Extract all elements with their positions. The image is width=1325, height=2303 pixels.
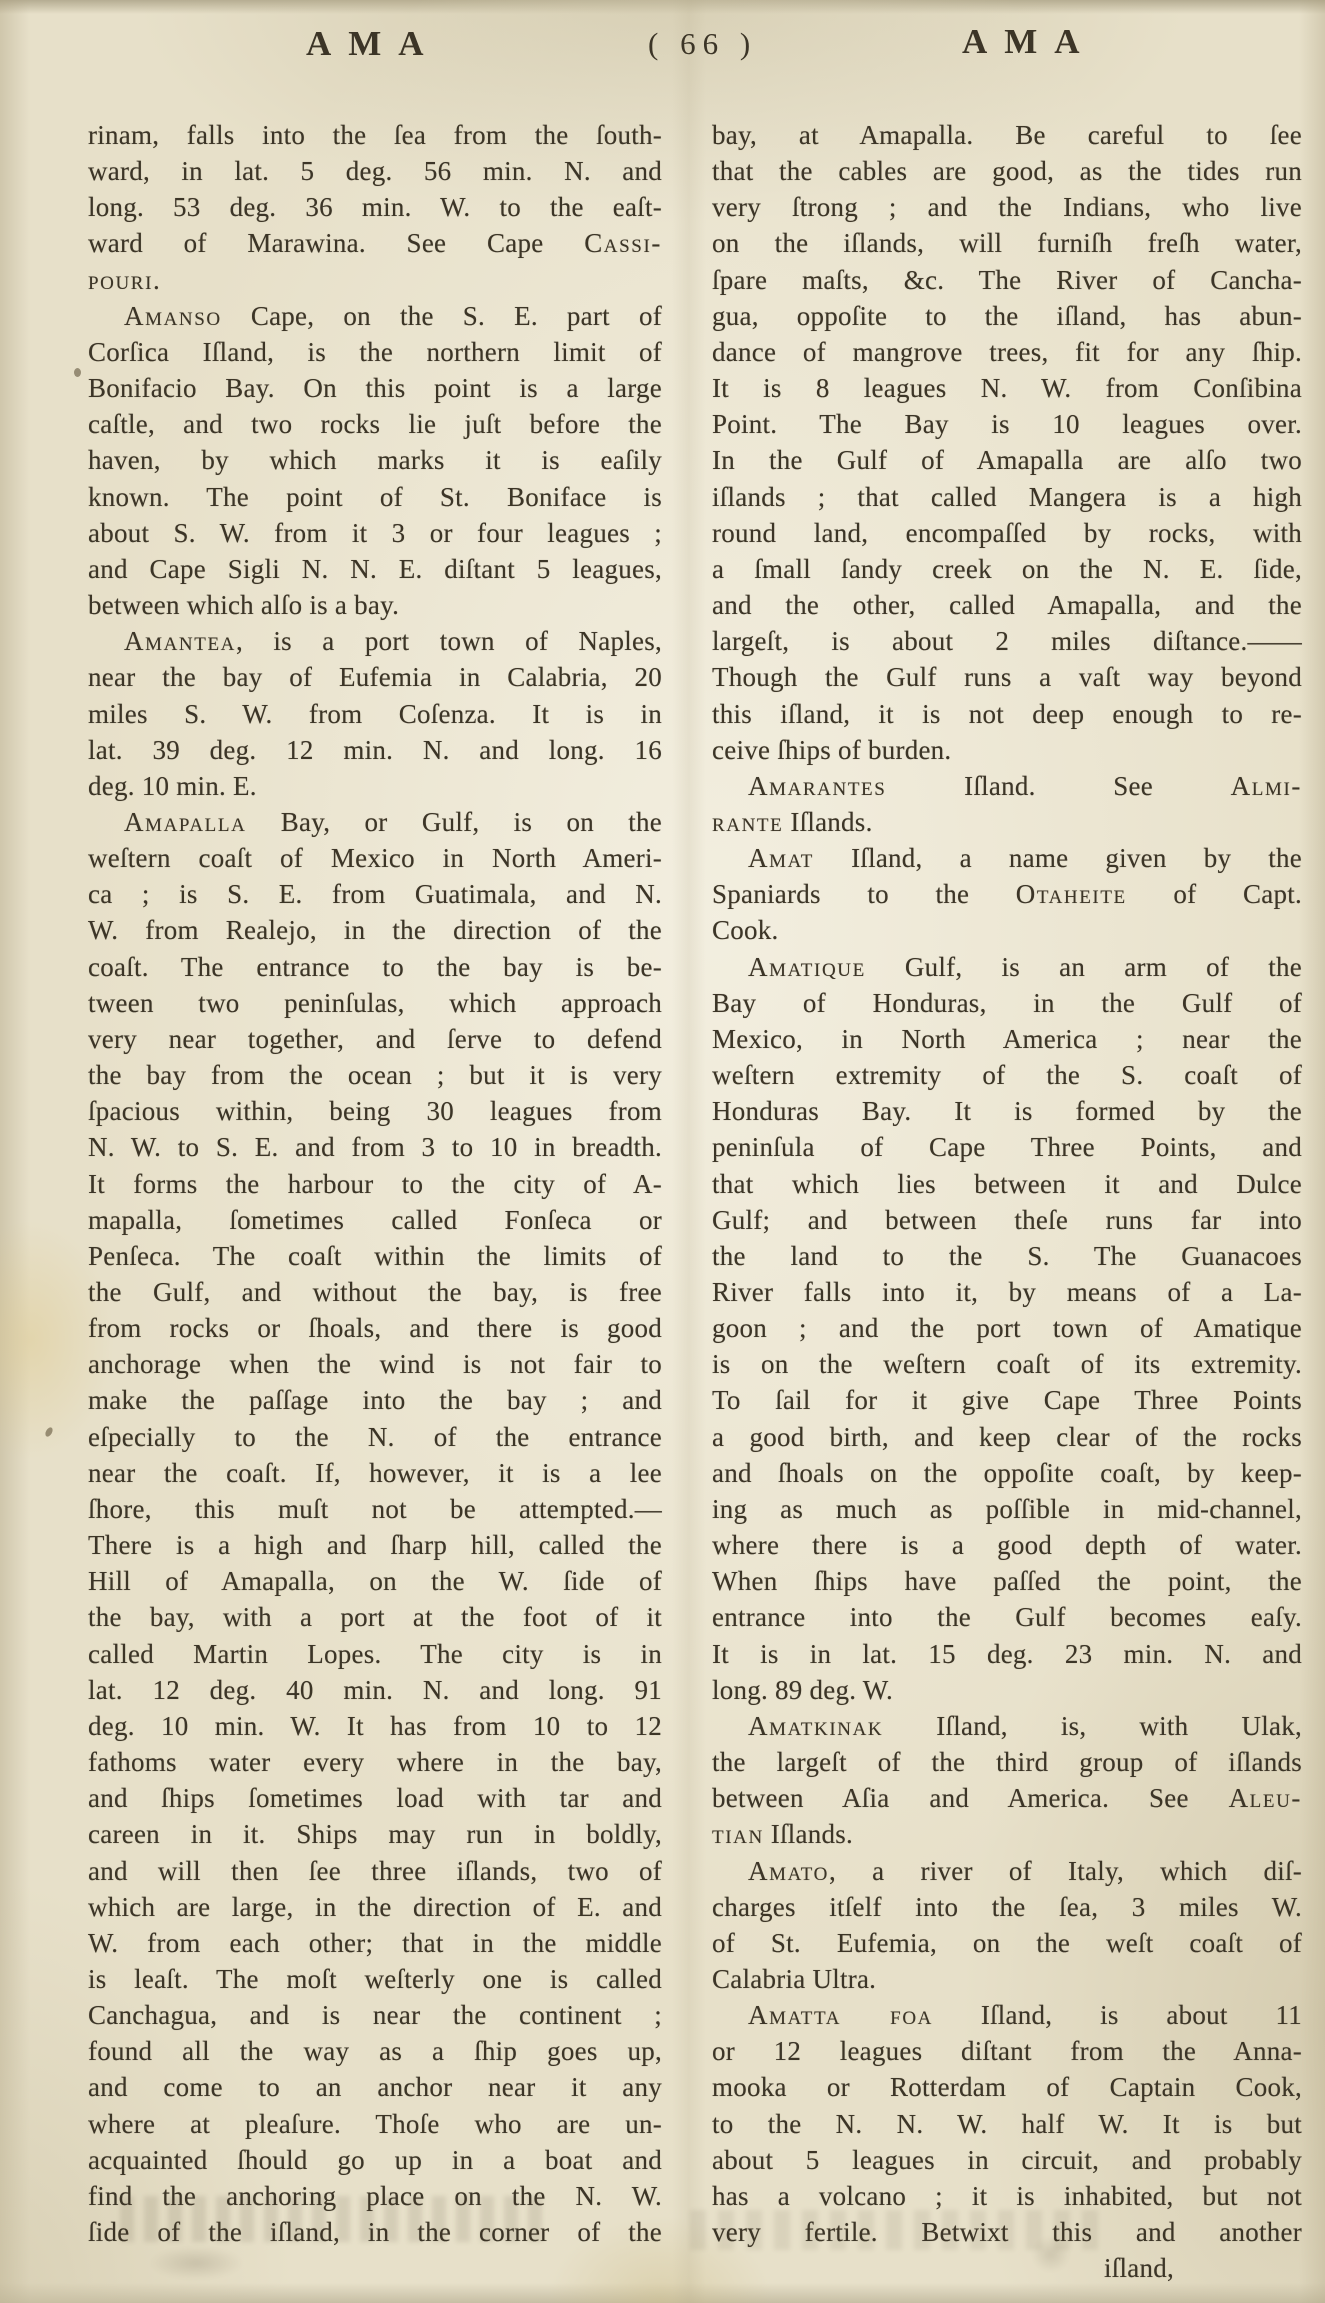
text-line: eſpecially to the N. of the entrance <box>88 1419 662 1455</box>
text-line: dance of mangrove trees, fit for any ſhi… <box>712 334 1302 370</box>
text-line: W. from Realejo, in the direction of the <box>88 912 662 948</box>
text-line: mapalla, ſometimes called Fonſeca or <box>88 1202 662 1238</box>
catchword-line: iſland, <box>712 2250 1302 2286</box>
text-line: iſlands ; that called Mangera is a high <box>712 479 1302 515</box>
text-line: pouri. <box>88 262 662 298</box>
text-line: weſtern extremity of the S. coaſt of <box>712 1057 1302 1093</box>
text-line: ca ; is S. E. from Guatimala, and N. <box>88 876 662 912</box>
text-line: the largeſt of the third group of iſland… <box>712 1744 1302 1780</box>
text-line: near the coaſt. If, however, it is a lee <box>88 1455 662 1491</box>
text-line: called Martin Lopes. The city is in <box>88 1636 662 1672</box>
text-line: and the other, called Amapalla, and the <box>712 587 1302 623</box>
text-line: largeſt, is about 2 miles diſtance.—— <box>712 623 1302 659</box>
text-line: weſtern coaſt of Mexico in North Ameri- <box>88 840 662 876</box>
text-line: Amantea, is a port town of Naples, <box>88 623 662 659</box>
text-line: and Cape Sigli N. N. E. diſtant 5 league… <box>88 551 662 587</box>
text-line: on the iſlands, will furniſh freſh water… <box>712 225 1302 261</box>
text-line: where there is a good depth of water. <box>712 1527 1302 1563</box>
text-line: Honduras Bay. It is formed by the <box>712 1093 1302 1129</box>
headword-smallcaps: Amat <box>748 843 814 873</box>
text-column-right: bay, at Amapalla. Be careful to ſeethat … <box>712 117 1302 2286</box>
text-line: haven, by which marks it is eaſily <box>88 442 662 478</box>
text-line: the bay, with a port at the foot of it <box>88 1599 662 1635</box>
text-line: Amapalla Bay, or Gulf, is on the <box>88 804 662 840</box>
text-line: ing as much as poſſible in mid-channel, <box>712 1491 1302 1527</box>
text-line: ſhore, this muſt not be attempted.— <box>88 1491 662 1527</box>
text-line: has a volcano ; it is inhabited, but not <box>712 2178 1302 2214</box>
text-line: caſtle, and two rocks lie juſt before th… <box>88 406 662 442</box>
text-line: found all the way as a ſhip goes up, <box>88 2033 662 2069</box>
text-line: long. 89 deg. W. <box>712 1672 1302 1708</box>
headword-smallcaps: Amanso <box>124 301 222 331</box>
text-line: entrance into the Gulf becomes eaſy. <box>712 1599 1302 1635</box>
ink-speck <box>44 1426 54 1438</box>
text-line: and will then ſee three iſlands, two of <box>88 1853 662 1889</box>
text-line: of St. Eufemia, on the weſt coaſt of <box>712 1925 1302 1961</box>
text-line: that which lies between it and Dulce <box>712 1166 1302 1202</box>
text-line: rinam, falls into the ſea from the ſouth… <box>88 117 662 153</box>
text-line: this iſland, it is not deep enough to re… <box>712 696 1302 732</box>
text-line: Calabria Ultra. <box>712 1961 1302 1997</box>
text-line: lat. 39 deg. 12 min. N. and long. 16 <box>88 732 662 768</box>
headword-smallcaps: Amapalla <box>124 807 246 837</box>
headword-smallcaps: Amatta foa <box>748 2000 933 2030</box>
text-line: tween two peninſulas, which approach <box>88 985 662 1021</box>
text-line: Amarantes Iſland. See Almi- <box>712 768 1302 804</box>
text-line: goon ; and the port town of Amatique <box>712 1310 1302 1346</box>
text-line: deg. 10 min. E. <box>88 768 662 804</box>
text-line: where at pleaſure. Thoſe who are un- <box>88 2106 662 2142</box>
text-line: Amatta foa Iſland, is about 11 <box>712 1997 1302 2033</box>
text-line: that the cables are good, as the tides r… <box>712 153 1302 189</box>
text-line: Penſeca. The coaſt within the limits of <box>88 1238 662 1274</box>
text-line: the bay from the ocean ; but it is very <box>88 1057 662 1093</box>
text-line: It forms the harbour to the city of A- <box>88 1166 662 1202</box>
text-line: find the anchoring place on the N. W. <box>88 2178 662 2214</box>
text-line: Bonifacio Bay. On this point is a large <box>88 370 662 406</box>
headword-smallcaps: Almi- <box>1231 771 1302 801</box>
headword-smallcaps: tian <box>712 1819 764 1849</box>
text-line: miles S. W. from Coſenza. It is in <box>88 696 662 732</box>
text-line: lat. 12 deg. 40 min. N. and long. 91 <box>88 1672 662 1708</box>
text-line: It is in lat. 15 deg. 23 min. N. and <box>712 1636 1302 1672</box>
headword-smallcaps: Amatique <box>748 952 866 982</box>
headword-smallcaps: Amato <box>748 1856 829 1886</box>
text-line: Amatkinak Iſland, is, with Ulak, <box>712 1708 1302 1744</box>
text-line: make the paſſage into the bay ; and <box>88 1382 662 1418</box>
headword-smallcaps: rante <box>712 807 783 837</box>
text-column-left: rinam, falls into the ſea from the ſouth… <box>88 117 662 2250</box>
ink-speck <box>74 368 81 377</box>
headword-smallcaps: Amatkinak <box>748 1711 883 1741</box>
text-line: about 5 leagues in circuit, and probably <box>712 2142 1302 2178</box>
text-line: acquainted ſhould go up in a boat and <box>88 2142 662 2178</box>
scanned-book-page: AMA ( 66 ) AMA rinam, falls into the ſea… <box>0 0 1325 2303</box>
text-line: ſide of the iſland, in the corner of the <box>88 2214 662 2250</box>
text-line: Hill of Amapalla, on the W. ſide of <box>88 1563 662 1599</box>
text-line: ceive ſhips of burden. <box>712 732 1302 768</box>
text-line: Canchagua, and is near the continent ; <box>88 1997 662 2033</box>
text-line: the Gulf, and without the bay, is free <box>88 1274 662 1310</box>
text-line: Point. The Bay is 10 leagues over. <box>712 406 1302 442</box>
text-line: a ſmall ſandy creek on the N. E. ſide, <box>712 551 1302 587</box>
headword-smallcaps: Amantea <box>124 626 236 656</box>
header-right-title: AMA <box>962 22 1097 62</box>
text-line: peninſula of Cape Three Points, and <box>712 1129 1302 1165</box>
headword-smallcaps: Cassi- <box>584 228 662 258</box>
text-line: between which alſo is a bay. <box>88 587 662 623</box>
text-line: known. The point of St. Boniface is <box>88 479 662 515</box>
text-line: When ſhips have paſſed the point, the <box>712 1563 1302 1599</box>
column-gutter-shadow <box>672 0 706 2303</box>
text-line: long. 53 deg. 36 min. W. to the eaſt- <box>88 189 662 225</box>
text-line: Amanso Cape, on the S. E. part of <box>88 298 662 334</box>
text-line: River falls into it, by means of a La- <box>712 1274 1302 1310</box>
text-line: about S. W. from it 3 or four leagues ; <box>88 515 662 551</box>
text-line: tian Iſlands. <box>712 1816 1302 1852</box>
text-line: mooka or Rotterdam of Captain Cook, <box>712 2069 1302 2105</box>
headword-smallcaps: Amarantes <box>748 771 886 801</box>
text-line: Amato, a river of Italy, which diſ- <box>712 1853 1302 1889</box>
header-left-title: AMA <box>306 24 441 64</box>
text-line: a good birth, and keep clear of the rock… <box>712 1419 1302 1455</box>
text-line: Amatique Gulf, is an arm of the <box>712 949 1302 985</box>
headword-smallcaps: Aleu- <box>1229 1783 1302 1813</box>
text-line: ſpare maſts, &c. The River of Cancha- <box>712 262 1302 298</box>
text-line: Though the Gulf runs a vaſt way beyond <box>712 659 1302 695</box>
text-line: anchorage when the wind is not fair to <box>88 1346 662 1382</box>
text-line: gua, oppoſite to the iſland, has abun- <box>712 298 1302 334</box>
text-line: is on the weſtern coaſt of its extremity… <box>712 1346 1302 1382</box>
text-line: To ſail for it give Cape Three Points <box>712 1382 1302 1418</box>
text-line: ward of Marawina. See Cape Cassi- <box>88 225 662 261</box>
text-line: Corſica Iſland, is the northern limit of <box>88 334 662 370</box>
text-line: Spaniards to the Otaheite of Capt. <box>712 876 1302 912</box>
text-line: In the Gulf of Amapalla are alſo two <box>712 442 1302 478</box>
text-line: near the bay of Eufemia in Calabria, 20 <box>88 659 662 695</box>
text-line: N. W. to S. E. and from 3 to 10 in bread… <box>88 1129 662 1165</box>
text-line: to the N. N. W. half W. It is but <box>712 2106 1302 2142</box>
text-line: It is 8 leagues N. W. from Conſibina <box>712 370 1302 406</box>
page-number: ( 66 ) <box>648 26 757 62</box>
running-header: AMA ( 66 ) AMA <box>0 22 1325 72</box>
text-line: between Aſia and America. See Aleu- <box>712 1780 1302 1816</box>
text-line: very fertile. Betwixt this and another <box>712 2214 1302 2250</box>
text-line: Bay of Honduras, in the Gulf of <box>712 985 1302 1021</box>
text-line: fathoms water every where in the bay, <box>88 1744 662 1780</box>
text-line: and ſhips ſometimes load with tar and <box>88 1780 662 1816</box>
text-line: Gulf; and between theſe runs far into <box>712 1202 1302 1238</box>
text-line: There is a high and ſharp hill, called t… <box>88 1527 662 1563</box>
text-line: which are large, in the direction of E. … <box>88 1889 662 1925</box>
text-line: charges itſelf into the ſea, 3 miles W. <box>712 1889 1302 1925</box>
headword-smallcaps: pouri <box>88 265 153 295</box>
text-line: very ſtrong ; and the Indians, who live <box>712 189 1302 225</box>
text-line: very near together, and ſerve to defend <box>88 1021 662 1057</box>
text-line: and come to an anchor near it any <box>88 2069 662 2105</box>
headword-smallcaps: Otaheite <box>1016 879 1127 909</box>
text-line: rante Iſlands. <box>712 804 1302 840</box>
text-line: ſpacious within, being 30 leagues from <box>88 1093 662 1129</box>
text-line: from rocks or ſhoals, and there is good <box>88 1310 662 1346</box>
text-line: round land, encompaſſed by rocks, with <box>712 515 1302 551</box>
text-line: the land to the S. The Guanacoes <box>712 1238 1302 1274</box>
text-line: Cook. <box>712 912 1302 948</box>
text-line: Amat Iſland, a name given by the <box>712 840 1302 876</box>
text-line: ward, in lat. 5 deg. 56 min. N. and <box>88 153 662 189</box>
text-line: is leaſt. The moſt weſterly one is calle… <box>88 1961 662 1997</box>
text-line: or 12 leagues diſtant from the Anna- <box>712 2033 1302 2069</box>
text-line: bay, at Amapalla. Be careful to ſee <box>712 117 1302 153</box>
showthrough-smudge <box>148 2246 244 2280</box>
text-line: deg. 10 min. W. It has from 10 to 12 <box>88 1708 662 1744</box>
text-line: coaſt. The entrance to the bay is be- <box>88 949 662 985</box>
text-line: Mexico, in North America ; near the <box>712 1021 1302 1057</box>
text-line: careen in it. Ships may run in boldly, <box>88 1816 662 1852</box>
text-line: W. from each other; that in the middle <box>88 1925 662 1961</box>
text-line: and ſhoals on the oppoſite coaſt, by kee… <box>712 1455 1302 1491</box>
